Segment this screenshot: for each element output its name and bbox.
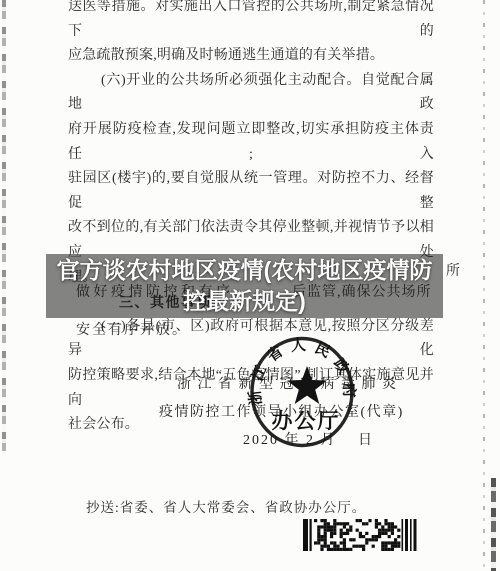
scan-edge-right-dark [491,478,496,571]
seal-center-text: 办公厅 [272,409,341,433]
doc-line: 应急疏散预案,明确及时畅通逃生通道的有关举措。 [68,44,434,69]
doc-line: (六)开业的公共场所必须强化主动配合。自觉配合属地政 [68,69,434,118]
doc-line: 驻园区(楼宇)的,要自觉服从统一管理。对防控不力、经督促整 [68,167,434,216]
doc-line: 送医等措施。对实施出入口管控的公共场所,制定紧急情况下的 [68,0,434,44]
covered-line-below: 安全有序开放。 [76,319,188,339]
scan-edge-right [483,0,485,571]
cc-distribution-line: 抄送:省委、省人大常委会、省政协办公厅。 [86,496,366,516]
official-seal: 浙江省人民政府 办公厅 [246,336,358,450]
star-icon [287,366,327,404]
scan-edge-left [2,0,6,455]
overlay-title-line2: 控最新规定) [183,288,306,314]
scanned-document-page: 送医等措施。对实施出入口管控的公共场所,制定紧急情况下的 应急疏散预案,明确及时… [0,0,500,571]
doc-line: 府开展防疫检查,发现问题立即整改,切实承担防疫主体责任;入 [68,118,434,167]
overlay-title-line1: 官方谈农村地区疫情(农村地区疫情防 [57,257,433,283]
covered-line-tail: 所 [446,260,460,280]
barcode [303,519,417,551]
overlay-title: 官方谈农村地区疫情(农村地区疫情防 控最新规定) [46,254,443,317]
